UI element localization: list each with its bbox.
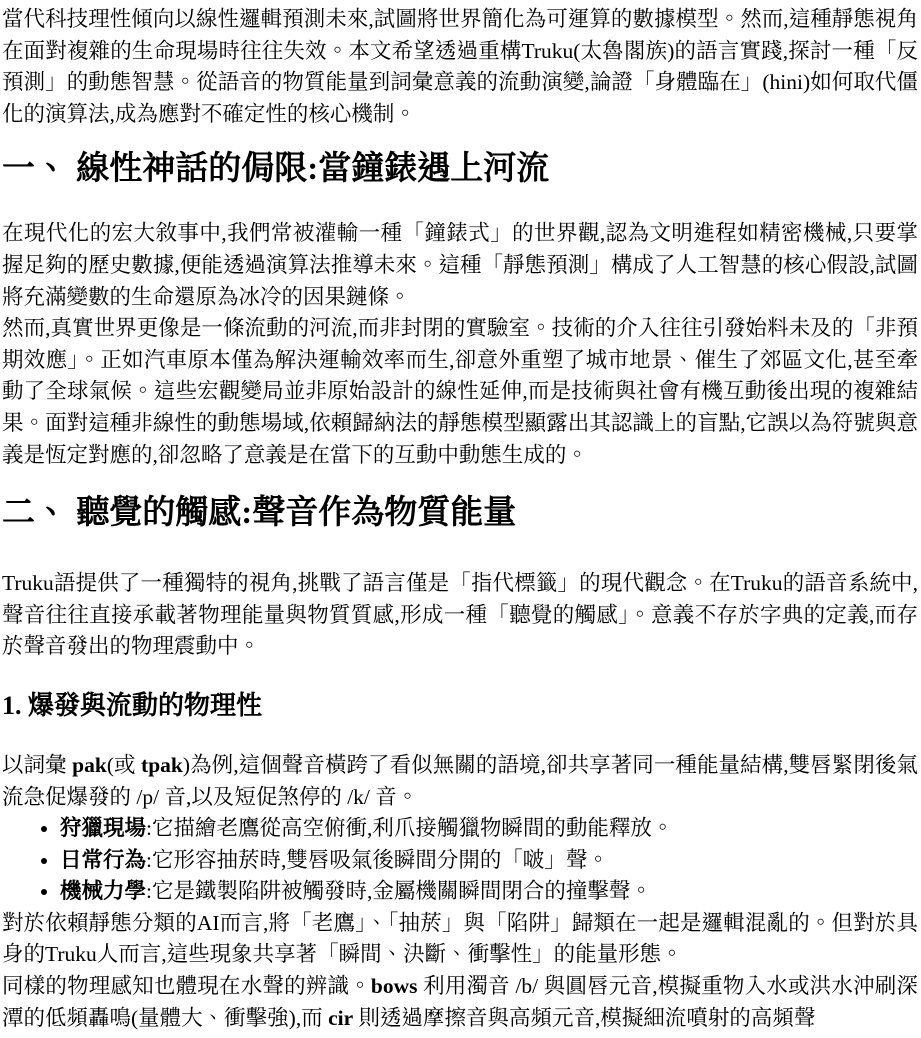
list-item-mechanical-text: :它是鐵製陷阱被觸發時,金屬機關瞬間閉合的撞擊聲。 [146,879,652,903]
list-item-daily: 日常行為:它形容抽菸時,雙唇吸氣後瞬間分開的「啵」聲。 [60,845,918,877]
water-paragraph-seg3: 則透過摩擦音與高頻元音,模擬細流噴射的高頻聲 [353,1006,815,1030]
list-item-mechanical-label: 機械力學 [60,879,146,903]
list-item-mechanical: 機械力學:它是鐵製陷阱被觸發時,金屬機關瞬間閉合的撞擊聲。 [60,876,918,908]
list-item-hunting: 狩獵現場:它描繪老鷹從高空俯衝,利爪接觸獵物瞬間的動能釋放。 [60,813,918,845]
list-item-daily-label: 日常行為 [60,848,146,872]
pak-paragraph: 以詞彙 pak(或 tpak)為例,這個聲音橫跨了看似無關的語境,卻共享著同一種… [2,750,918,813]
term-pak: pak [72,753,107,777]
pak-paragraph-seg1: 以詞彙 [2,753,72,777]
term-cir: cir [328,1006,353,1030]
list-item-hunting-label: 狩獵現場 [60,816,146,840]
section-1-paragraph-1: 在現代化的宏大敘事中,我們常被灌輸一種「鐘錶式」的世界觀,認為文明進程如精密機械… [2,218,918,313]
list-item-hunting-text: :它描繪老鷹從高空俯衝,利爪接觸獵物瞬間的動能釋放。 [146,816,673,840]
water-paragraph-seg1: 同樣的物理感知也體現在水聲的辨識。 [2,974,371,998]
abstract-paragraph: 當代科技理性傾向以線性邏輯預測未來,試圖將世界簡化為可運算的數據模型。然而,這種… [2,4,918,130]
document-page: { "colors": { "background": "#ffffff", "… [0,0,921,1038]
term-bows: bows [371,974,418,998]
section-2-intro-paragraph: Truku語提供了一種獨特的視角,挑戰了語言僅是「指代標籤」的現代觀念。在Tru… [2,568,918,663]
article-body: 當代科技理性傾向以線性邏輯預測未來,試圖將世界簡化為可運算的數據模型。然而,這種… [0,0,921,1034]
ai-classification-paragraph: 對於依賴靜態分類的AI而言,將「老鷹」、「抽菸」與「陷阱」歸類在一起是邏輯混亂的… [2,908,918,971]
list-item-daily-text: :它形容抽菸時,雙唇吸氣後瞬間分開的「啵」聲。 [146,848,609,872]
pak-paragraph-seg2: (或 [107,753,141,777]
term-tpak: tpak [141,753,183,777]
section-1-paragraph-2: 然而,真實世界更像是一條流動的河流,而非封閉的實驗室。技術的介入往往引發始料未及… [2,313,918,471]
sound-example-list: 狩獵現場:它描繪老鷹從高空俯衝,利爪接觸獵物瞬間的動能釋放。 日常行為:它形容抽… [2,813,918,908]
subsection-1-heading: 1. 爆發與流動的物理性 [2,689,918,723]
section-1-heading: 一、 線性神話的侷限:當鐘錶遇上河流 [2,149,918,190]
water-sound-paragraph: 同樣的物理感知也體現在水聲的辨識。bows 利用濁音 /b/ 與圓唇元音,模擬重… [2,971,918,1034]
section-2-heading: 二、 聽覺的觸感:聲音作為物質能量 [2,493,918,534]
